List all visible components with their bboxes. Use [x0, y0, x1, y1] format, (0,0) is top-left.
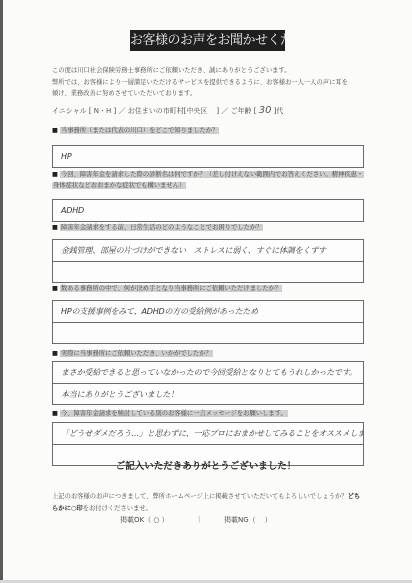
consent-line: をお付けくださいませ。 [83, 505, 152, 512]
age-value[interactable]: 30 [259, 105, 272, 116]
publish-ok-label: 掲載OK [120, 516, 144, 524]
question-3: ■障害年金請求をする前、日常生活のどのようなことでお困りでしたか？ [52, 222, 263, 233]
bullet-square-icon: ■ [52, 171, 58, 178]
answer-line[interactable]: 「どうせダメだろう…」と思わずに、一応プロにおまかせしてみることをオススメします… [53, 423, 363, 444]
choice-separator: | [198, 515, 200, 523]
answer-box-1[interactable]: HP [52, 145, 364, 168]
question-text: 障害年金請求をする前、日常生活のどのようなことでお困りでしたか？ [60, 224, 264, 231]
consent-emphasis: どち [348, 493, 361, 500]
question-text: 数ある事務所の中で、何が決め手となり当事務所にご依頼いただけましたか？ [60, 285, 282, 292]
answer-line[interactable]: まさか受給できると思っていなかったので今回受給となりとてもうれしかったです。 [53, 362, 363, 383]
separator: ／ [221, 107, 228, 115]
consent-text: 上記のお客様のお声につきまして、弊所ホームページ上に掲載させていただいてもよろし… [52, 491, 372, 514]
city-value[interactable]: 中央区 [186, 107, 207, 115]
intro-line: この度は川口社会保険労務士事務所にご依頼いただき、誠にありがとうございます。 [52, 65, 372, 77]
profile-line: イニシャル [ N・H ] ／ お住まいの市町村[中央区 ] ／ ご年齢 [ 3… [52, 105, 283, 116]
question-text: 当事務所（または代表の川口）をどこで知りましたか？ [60, 127, 219, 134]
question-text: 今回、障害年金を請求した際の診断名は何ですか？（差し付けえない範囲内でお答えくだ… [52, 171, 364, 189]
publish-ok-mark[interactable]: ○ [153, 516, 159, 524]
answer-line[interactable]: HP [53, 146, 363, 167]
answer-line[interactable]: HPの支援事例をみて、ADHDの方の受給例があったため [53, 301, 363, 322]
city-label: お住まいの市町村 [128, 107, 184, 115]
publish-ng-label: 掲載NG [224, 516, 249, 524]
page-title: お客様のお声をお聞かせください [130, 30, 285, 51]
answer-line[interactable]: 金銭管理、部屋の片づけができない ストレスに弱く、すぐに体調をくずす [53, 240, 363, 261]
question-4: ■数ある事務所の中で、何が決め手となり当事務所にご依頼いただけましたか？ [52, 283, 282, 294]
question-text: 実際に当事務所にご依頼いただき、いかがでしたか？ [60, 350, 213, 357]
age-suffix: 代 [276, 107, 283, 115]
answer-box-4[interactable]: HPの支援事例をみて、ADHDの方の受給例があったため [52, 300, 364, 344]
age-label: ご年齢 [231, 107, 252, 115]
intro-line: 傾け、業務改善に努めさせていただいております。 [52, 88, 372, 100]
publish-ok-option[interactable]: 掲載OK（ ○ ） [120, 515, 169, 525]
bullet-square-icon: ■ [52, 350, 58, 357]
scan-left-edge [0, 0, 3, 583]
initial-label: イニシャル [52, 107, 87, 115]
bullet-square-icon: ■ [52, 410, 58, 417]
thank-you-message: ご記入いただきありがとうございました！ [0, 458, 412, 472]
answer-line[interactable] [53, 322, 363, 343]
initial-value[interactable]: N・H [94, 107, 112, 115]
bullet-square-icon: ■ [52, 127, 58, 134]
bullet-square-icon: ■ [52, 224, 58, 231]
separator: ／ [118, 107, 125, 115]
answer-line[interactable]: ADHD [53, 200, 363, 221]
question-5: ■実際に当事務所にご依頼いただき、いかがでしたか？ [52, 348, 213, 359]
answer-box-3[interactable]: 金銭管理、部屋の片づけができない ストレスに弱く、すぐに体調をくずす [52, 239, 364, 283]
question-1: ■当事務所（または代表の川口）をどこで知りましたか？ [52, 125, 219, 136]
intro-text: この度は川口社会保険労務士事務所にご依頼いただき、誠にありがとうございます。 弊… [52, 65, 372, 100]
answer-box-2[interactable]: ADHD [52, 199, 364, 222]
question-6: ■今、障害年金請求を検討している別のお客様に一言メッセージをお願いします。 [52, 408, 288, 419]
answer-box-5[interactable]: まさか受給できると思っていなかったので今回受給となりとてもうれしかったです。 本… [52, 361, 364, 405]
consent-line: 上記のお客様のお声につきまして、弊所ホームページ上に掲載させていただいてもよろし… [52, 493, 348, 500]
answer-line[interactable]: 本当にありがとうございました！ [53, 383, 363, 404]
consent-emphasis: らかに○印 [52, 505, 83, 512]
publish-ng-option[interactable]: 掲載NG（ ） [224, 515, 272, 525]
intro-line: 弊所では、お客様により一層満足いただけるサービスを提供できるように、お客様お一人… [52, 77, 372, 89]
question-2: ■今回、障害年金を請求した際の診断名は何ですか？（差し付けえない範囲内でお答えく… [52, 169, 364, 191]
bullet-square-icon: ■ [52, 285, 58, 292]
question-text: 今、障害年金請求を検討している別のお客様に一言メッセージをお願いします。 [60, 410, 288, 417]
answer-line[interactable] [53, 261, 363, 282]
